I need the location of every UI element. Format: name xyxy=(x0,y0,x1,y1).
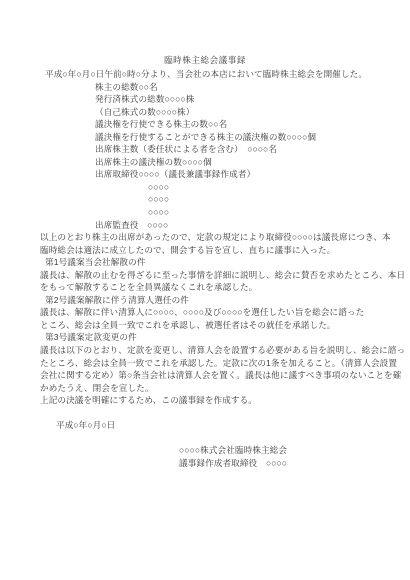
document-page: 臨時株主総会議事録 平成○年○月○日午前○時○分より、当会社の本店において臨時株… xyxy=(0,0,410,580)
signature-company-line: ○○○○株式会社臨時株主総会 xyxy=(40,444,372,457)
blank-line xyxy=(40,407,372,420)
document-title: 臨時株主総会議事録 xyxy=(0,54,410,67)
line-director-name: ○○○○ xyxy=(40,181,372,194)
heading-agenda-3: 第3号議案定款変更の件 xyxy=(40,331,372,344)
paragraph-agenda-2: 議長は、解散に伴い清算人に○○○○、○○○○及び○○○○を選任したい旨を総会に諮… xyxy=(40,306,372,319)
line-attending-auditor: 出席監査役 ○○○○ xyxy=(40,219,372,232)
document-body: 平成○年○月○日午前○時○分より、当会社の本店において臨時株主総会を開催した。 … xyxy=(40,68,372,470)
line-attending-shareholders: 出席株主数（委任状による者を含む） ○○○○名 xyxy=(40,143,372,156)
paragraph-agenda-3: かめたうえ、閉会を宣した。 xyxy=(40,382,372,395)
paragraph-agenda-3: たところ、総会は全員一致でこれを承認した。定款に次の1条を加えること。（清算人会… xyxy=(40,357,372,370)
line-opening-statement: 平成○年○月○日午前○時○分より、当会社の本店において臨時株主総会を開催した。 xyxy=(40,68,372,81)
signature-author-line: 議事録作成者取締役 ○○○○ xyxy=(40,457,372,470)
line-director-name: ○○○○ xyxy=(40,193,372,206)
heading-agenda-2: 第2号議案解散に伴う清算人選任の件 xyxy=(40,294,372,307)
paragraph-agenda-2: ところ、総会は全員一致でこれを承認し、被選任者はその就任を承諾した。 xyxy=(40,319,372,332)
paragraph-quorum: 臨時総会は適法に成立したので、開会する旨を宣し、直ちに議事に入った。 xyxy=(40,244,372,257)
line-voting-shareholders: 議決権を行使できる株主の数○○名 xyxy=(40,118,372,131)
paragraph-agenda-1: をもって解散することを全員異議なくこれを承認した。 xyxy=(40,281,372,294)
blank-line xyxy=(40,432,372,445)
line-total-shareholders: 株主の総数○○名 xyxy=(40,81,372,94)
paragraph-agenda-3: 会社に関する定め）第○条当会社は清算人会を置く。議長は他に議すべき事項のないこと… xyxy=(40,369,372,382)
paragraph-quorum: 以上のとおり株主の出席があったので、定款の規定により取締役○○○○は議長席につき… xyxy=(40,231,372,244)
line-director-name: ○○○○ xyxy=(40,206,372,219)
line-attending-directors: 出席取締役○○○○（議長兼議事録作成者） xyxy=(40,168,372,181)
heading-agenda-1: 第1号議案当会社解散の件 xyxy=(40,256,372,269)
date-line: 平成○年○月○日 xyxy=(40,419,372,432)
line-attending-voting-rights: 出席株主の議決権の数○○○○個 xyxy=(40,156,372,169)
paragraph-agenda-3: 議長は以下のとおり、定款を変更し、清算人会を設置する必要がある旨を説明し、総会に… xyxy=(40,344,372,357)
paragraph-agenda-1: 議長は、解散の止むを得ざるに至った事情を詳細に説明し、総会に賛否を求めたところ、… xyxy=(40,269,372,282)
line-treasury-shares: （自己株式の数○○○○株） xyxy=(40,106,372,119)
line-voting-rights-count: 議決権を行使することができる株主の議決権の数○○○○個 xyxy=(40,131,372,144)
line-total-shares-issued: 発行済株式の総数○○○○株 xyxy=(40,93,372,106)
paragraph-closing: 上記の決議を明確にするため、この議事録を作成する。 xyxy=(40,394,372,407)
